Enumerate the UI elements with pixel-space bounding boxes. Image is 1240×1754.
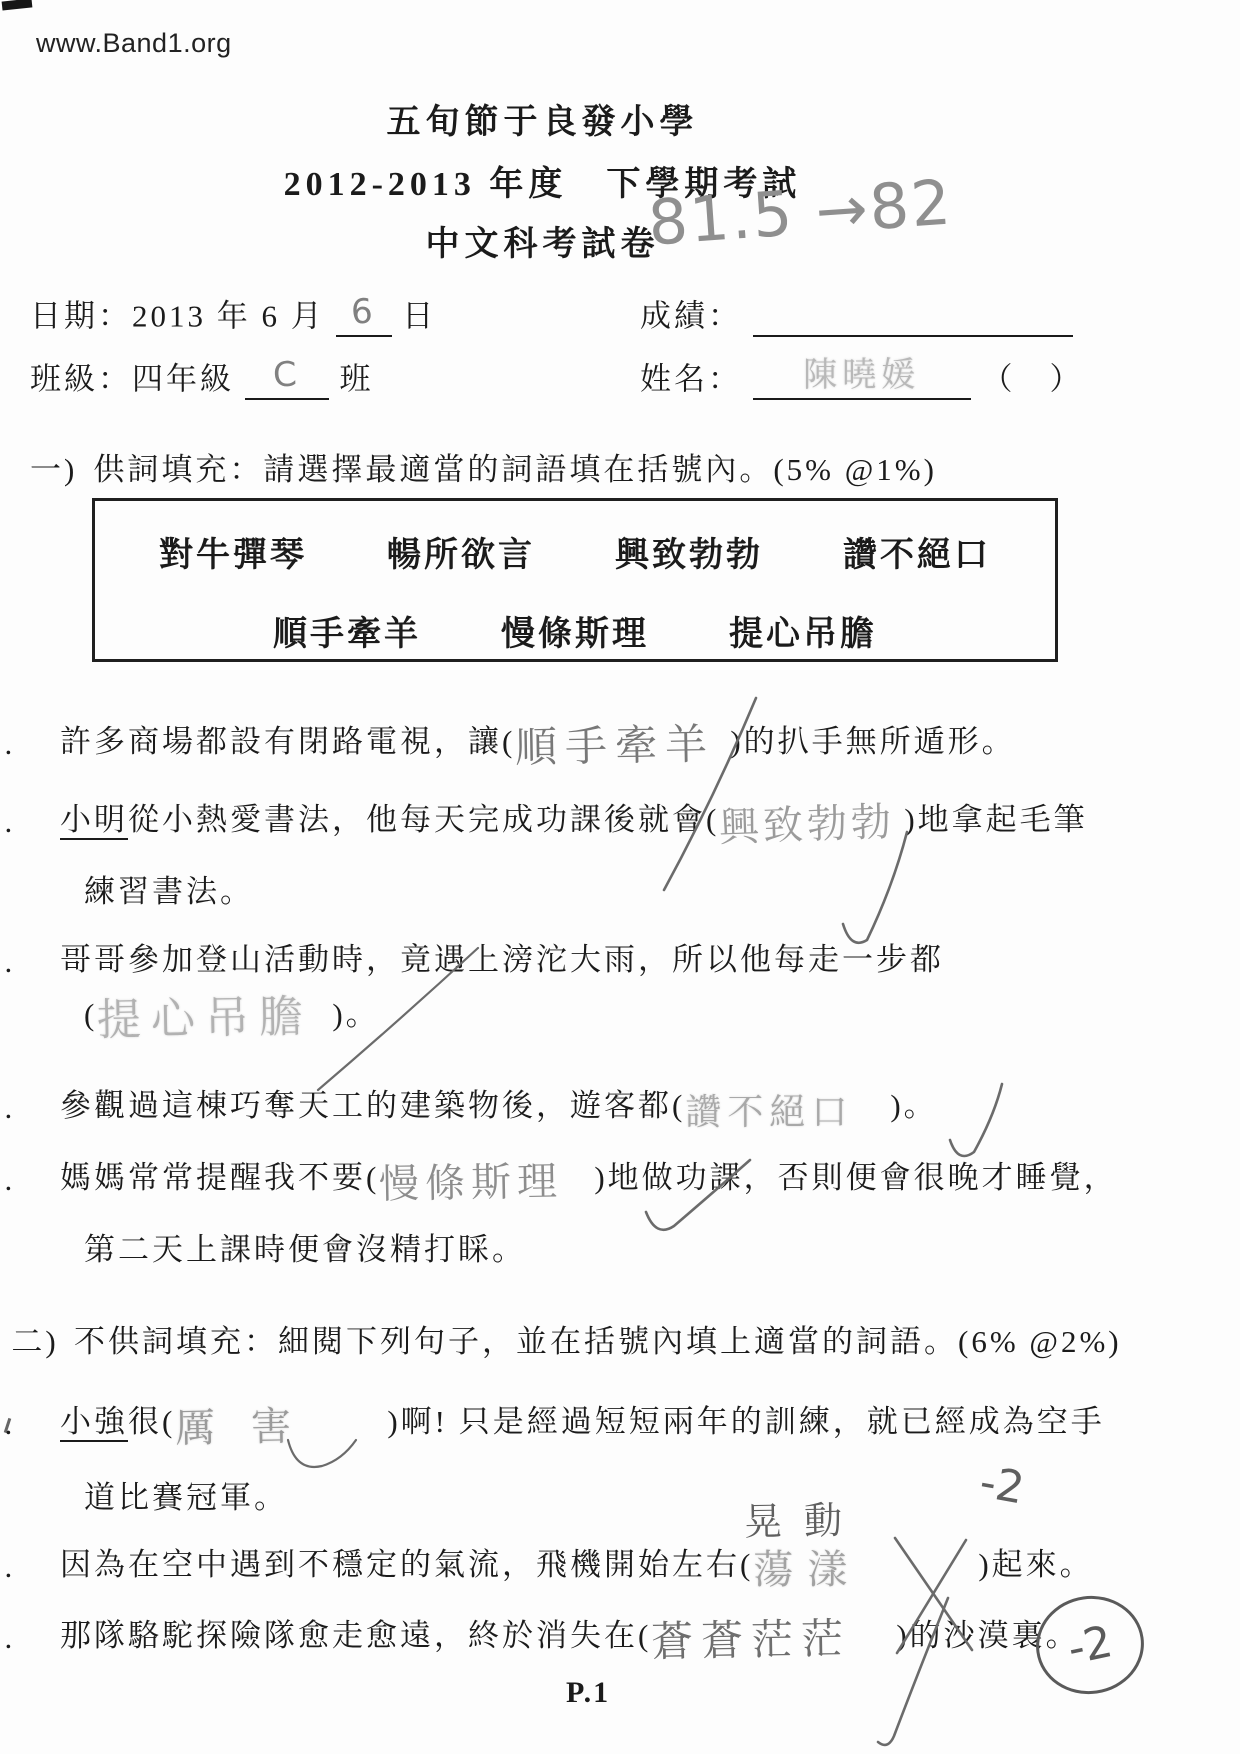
exam-paper-page: www.Band1.org 五旬節于良發小學 2012-2013 年度 下學期考… xyxy=(0,0,1240,1754)
handwritten-answer: 蕩漾 xyxy=(753,1550,978,1590)
date-day-field: 6 xyxy=(336,293,392,337)
question-pre: 很( xyxy=(128,1404,175,1439)
check-mark-s1q4 xyxy=(950,1084,1002,1156)
word-bank-row: 對牛彈琴 暢所欲言 興致勃勃 讚不絕口 xyxy=(95,527,1055,576)
question-post: )地拿起毛筆 xyxy=(904,802,1087,837)
section2-heading: (二)不供詞填充：細閱下列句子，並在括號內填上適當的詞語。(6% @2%) xyxy=(0,1322,1122,1362)
class-field: C xyxy=(245,356,329,400)
word-bank-item: 提心吊膽 xyxy=(729,606,877,655)
scan-noise-mark xyxy=(2,0,33,11)
word-bank: 對牛彈琴 暢所欲言 興致勃勃 讚不絕口 順手牽羊 慢條斯理 提心吊膽 xyxy=(92,498,1058,662)
class-suffix: 班 xyxy=(340,362,374,397)
question-continuation: 第二天上課時便會沒精打睬。 xyxy=(84,1232,526,1267)
word-bank-item: 順手牽羊 xyxy=(273,606,421,655)
underlined-word: 小明 xyxy=(60,802,128,840)
question-pre: 因為在空中遇到不穩定的氣流，飛機開始左右( xyxy=(60,1547,753,1582)
section2-instruction: 不供詞填充：細閱下列句子，並在括號內填上適當的詞語。(6% @2%) xyxy=(74,1324,1122,1359)
section1-number: 一) xyxy=(30,450,77,490)
question-pre: 從小熱愛書法，他每天完成功課後就會( xyxy=(128,802,719,837)
question-post: )地做功課，否則便會很晚才睡覺， xyxy=(594,1160,1117,1195)
s2-question-3: 3.那隊駱駝探險隊愈走愈遠，終於消失在(蒼蒼茫茫)的沙漠裏。 xyxy=(0,1616,1080,1661)
s2-question-1: 1.小強很(厲害)啊! 只是經過短短兩年的訓練，就已經成為空手 xyxy=(0,1402,1105,1447)
score-label: 成績： xyxy=(640,299,742,334)
name-paren: （ ） xyxy=(982,362,1084,397)
date-label: 日期：2013 年 6 月 xyxy=(30,299,325,334)
handwritten-day: 6 xyxy=(350,294,376,329)
name-field: 陳曉媛 xyxy=(753,356,971,400)
question-paren-close: )。 xyxy=(332,997,379,1032)
class-row: 班級：四年級 C 班 xyxy=(30,356,374,400)
class-label: 班級：四年級 xyxy=(30,362,234,397)
question-continuation: 練習書法。 xyxy=(84,874,254,909)
name-row: 姓名： 陳曉媛 （ ） xyxy=(640,356,1084,400)
word-bank-item: 讚不絕口 xyxy=(843,527,991,576)
question-post: )。 xyxy=(890,1088,937,1123)
s1-question-5: 5.媽媽常常提醒我不要(慢條斯理)地做功課，否則便會很晚才睡覺， xyxy=(0,1158,1118,1203)
handwritten-answer: 蒼蒼茫茫 xyxy=(651,1617,897,1663)
question-pre: 哥哥參加登山活動時，竟遇上滂沱大雨，所以他每走一步都 xyxy=(60,942,944,977)
score-row: 成績： xyxy=(640,293,1073,337)
handwritten-class: C xyxy=(273,357,301,392)
name-label: 姓名： xyxy=(640,362,742,397)
date-row: 日期：2013 年 6 月 6 日 xyxy=(30,293,436,337)
section2-number: (二) xyxy=(10,1322,74,1362)
s1-question-2-line2: 練習書法。 xyxy=(0,872,254,912)
handwritten-answer: 順手牽羊 xyxy=(515,723,731,769)
question-pre: 那隊駱駝探險隊愈走愈遠，終於消失在( xyxy=(60,1618,651,1653)
section1-heading: 一)供詞填充：請選擇最適當的詞語填在括號內。(5% @1%) xyxy=(30,450,937,490)
question-number: 1. xyxy=(6,724,40,768)
question-number: 2. xyxy=(6,1547,40,1591)
question-continuation: 道比賽冠軍。 xyxy=(84,1480,288,1515)
question-pre: 許多商場都設有閉路電視，讓( xyxy=(60,724,515,759)
handwritten-name: 陳曉媛 xyxy=(803,358,920,392)
s1-question-5-line2: 第二天上課時便會沒精打睬。 xyxy=(0,1230,526,1270)
s1-question-1: 1.許多商場都設有閉路電視，讓(順手牽羊)的扒手無所遁形。 xyxy=(0,722,1016,767)
s1-question-4: 4.參觀過這棟巧奪天工的建築物後，遊客都(讚不絕口)。 xyxy=(0,1086,938,1131)
word-bank-item: 對牛彈琴 xyxy=(159,527,307,576)
question-number: 4. xyxy=(6,1088,40,1132)
handwritten-answer: 興致勃勃 xyxy=(719,802,905,848)
handwritten-answer: 厲害 xyxy=(175,1405,388,1449)
handwritten-answer: 慢條斯理 xyxy=(379,1161,595,1205)
word-bank-item: 暢所欲言 xyxy=(387,527,535,576)
s1-question-3: 3.哥哥參加登山活動時，竟遇上滂沱大雨，所以他每走一步都 xyxy=(0,940,944,980)
question-post: )啊! 只是經過短短兩年的訓練，就已經成為空手 xyxy=(387,1404,1104,1439)
s1-question-3-line2: (提心吊膽)。 xyxy=(0,995,380,1041)
word-bank-item: 慢條斯理 xyxy=(501,606,649,655)
question-post: )起來。 xyxy=(978,1547,1093,1582)
s1-question-2: 2.小明從小熱愛書法，他每天完成功課後就會(興致勃勃)地拿起毛筆 xyxy=(0,800,1088,845)
question-number: 3. xyxy=(6,942,40,986)
teacher-correction: 晃動 xyxy=(744,1489,865,1546)
s2-question-1-line2: 道比賽冠軍。 xyxy=(0,1478,288,1518)
question-paren-open: ( xyxy=(84,997,97,1032)
date-suffix: 日 xyxy=(402,299,436,334)
question-number: 1. xyxy=(6,1404,40,1448)
watermark: www.Band1.org xyxy=(36,28,232,59)
handwritten-answer: 讚不絕口 xyxy=(685,1095,890,1131)
word-bank-row: 順手牽羊 慢條斯理 提心吊膽 xyxy=(95,606,1055,655)
question-number: 3. xyxy=(6,1618,40,1662)
word-bank-item: 興致勃勃 xyxy=(615,527,763,576)
question-post: )的扒手無所遁形。 xyxy=(730,724,1015,759)
question-pre: 參觀過這棟巧奪天工的建築物後，遊客都( xyxy=(60,1088,685,1123)
question-pre: 媽媽常常提醒我不要( xyxy=(60,1160,379,1195)
handwritten-answer: 提心吊膽 xyxy=(97,995,333,1043)
question-number: 5. xyxy=(6,1160,40,1204)
school-name: 五旬節于良發小學 xyxy=(0,94,1085,143)
section1-instruction: 供詞填充：請選擇最適當的詞語填在括號內。(5% @1%) xyxy=(93,452,937,487)
check-mark-s1q2 xyxy=(843,832,907,943)
circled-deduction: -2 xyxy=(1030,1589,1151,1701)
score-field xyxy=(753,293,1073,337)
underlined-word: 小強 xyxy=(60,1404,128,1442)
deduction-mark: -2 xyxy=(976,1457,1028,1515)
question-number: 2. xyxy=(6,802,40,846)
s2-question-2: 2.因為在空中遇到不穩定的氣流，飛機開始左右(蕩漾)起來。 xyxy=(0,1545,1094,1590)
page-number: P.1 xyxy=(566,1676,610,1710)
